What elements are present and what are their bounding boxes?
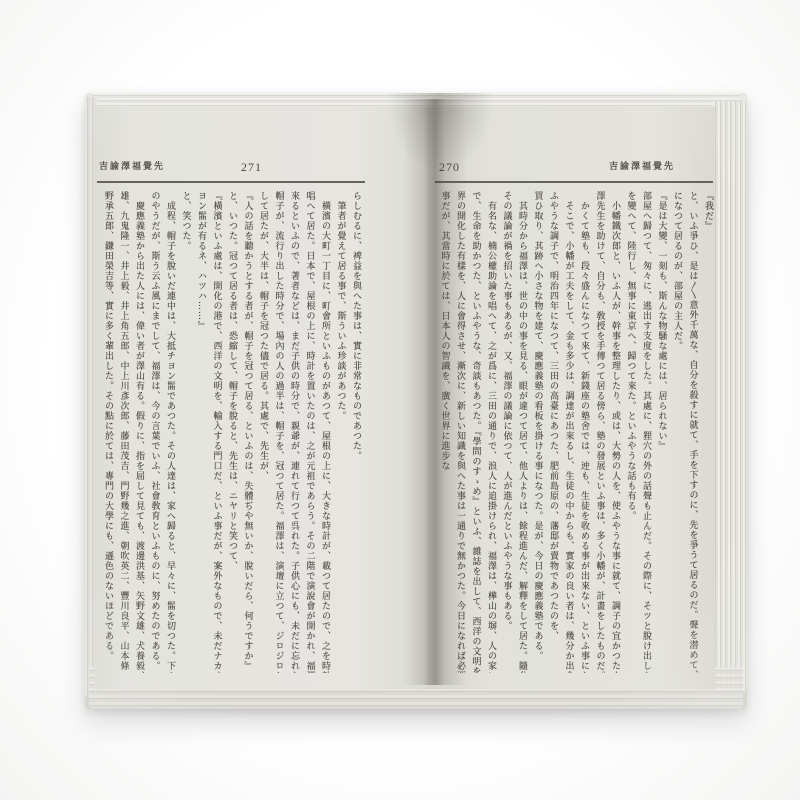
- page-text-271: らしむるに、裨益を與へた事は、實に非常なものであつた。 筆者が覺えて居る事で、斯…: [97, 191, 363, 673]
- text-column: らしむるに、裨益を與へた事は、實に非常なものであつた。: [348, 191, 364, 673]
- gutter-curve-shadow: [385, 93, 495, 173]
- text-column: 雄、九鬼隆一、井上毅、井上角五郎、中上川彥次郎、藤田茂吉、門野幾之進、朝吹英二、…: [115, 191, 131, 673]
- text-column: 部屋へ歸つて、匆々に、逃出す支度をした。其處に、狸穴の外の話聲も止んだ。その際に…: [638, 191, 654, 673]
- text-column: 唱へて居た。日本で、屋根の上に、時計を置いたのは、之が元祖であらう。その二階で演…: [301, 191, 317, 673]
- text-column: と、いふ爭ひ、是は〱意外千萬な、自分を殺すに就て、手を下すのに、先を爭うて居るの…: [684, 191, 700, 673]
- open-book: 吉諭澤福覺先 271 らしむるに、裨益を與へた事は、實に非常なものであつた。 筆…: [85, 93, 747, 709]
- book-photo: 吉諭澤福覺先 271 らしむるに、裨益を與へた事は、實に非常なものであつた。 筆…: [0, 0, 800, 800]
- text-column: 『橫濱といふ處は、開化の港で、西洋の文明を、輸入する門口だ、といふ事だが、案外な…: [208, 191, 224, 673]
- text-column: して居たが、大半は、帽子を冠つた儘で居る。其處で、先生が、: [255, 191, 271, 673]
- text-column: 慶應義塾から出た人には、偉い者が澤山有る。假りに、指を屈して見ても、渡邊洪基、矢…: [131, 191, 147, 673]
- text-column: と、いつた。冠つて居る者は、恐縮して、帽子を脫ると、先生は、ニヤリと笑つて、: [224, 191, 240, 673]
- text-column: のやうだが、斯う云ふ風にまでして、福澤は、今の言葉でいふ、社會敎育といふものに、…: [146, 191, 162, 673]
- text-column: 『我だ』: [700, 191, 716, 673]
- text-column: そこで、小幡が工夫をして、金も多少は、調達が出來るし、生徒の中からも、實家の良い…: [560, 191, 576, 673]
- page-text-270: 『我だ』と、いふ爭ひ、是は〱意外千萬な、自分を殺すに就て、手を下すのに、先を爭う…: [433, 191, 715, 673]
- text-column: 橫濱の大町一丁目に、町會所といふものがあつて、屋根の上に、大きな時計が、載つて居…: [317, 191, 333, 673]
- text-column: かくて塾も、段々盛んになつて來て、新錢座の塾舍では、迚も、生徒を收める事が出來な…: [576, 191, 592, 673]
- text-column: で、生命を助かつた、といふやうな、奇談もあつた。『學問のすゝめ』といふ、雜誌を出…: [467, 191, 483, 673]
- page-header: 吉諭澤福覺先 271: [95, 159, 427, 175]
- text-column: 筆者が覺えて居る事で、斯ういふ珍談があつた。: [332, 191, 348, 673]
- text-column: 野承五郎、鎌田榮吉等、實に多く輩出した。その點に於ては、專門の大學にも、遜色のな…: [100, 191, 116, 673]
- text-column: 帽子が、流行り出した時分で、場內の人の過半は、帽子を、冠つて居た。福澤は、演壇に…: [270, 191, 286, 673]
- header-rule: [97, 181, 365, 183]
- text-column: ふやうな調子で、明治四年になつて、三田の高臺にあつた、肥前島原の、藩邸が賣物であ…: [545, 191, 561, 673]
- page-270: 270 吉諭澤福覺先 『我だ』と、いふ爭ひ、是は〱意外千萬な、自分を殺すに就て、…: [427, 107, 715, 689]
- text-column: 小幡鐵次郎と、いふ人が、幹事を整理したり、或は、大勢の人を、使ふやうな事に就て、…: [607, 191, 623, 673]
- running-title: 吉諭澤福覺先: [99, 159, 165, 172]
- running-title: 吉諭澤福覺先: [609, 159, 675, 172]
- text-column: 其時分から福澤は、世の中の事を見る、眼が違つて居て、他人よりは、餘程進んだ、解釋…: [514, 191, 530, 673]
- text-column: を變へて、陸行し、無事に東京へ、歸つて來た。といふやうな話も有る。: [622, 191, 638, 673]
- page-271: 吉諭澤福覺先 271 らしむるに、裨益を與へた事は、實に非常なものであつた。 筆…: [95, 107, 427, 689]
- text-column: 『人の話を聽かうとする者が、帽子を冠つて居る、といふのは、失體ぢや無いか、脫いだ…: [239, 191, 255, 673]
- page-stack-edge-right: [713, 101, 747, 691]
- text-column: 成程、帽子を脫いだ連中は、大抵チヨン髷であつた。その人達は、家へ歸ると、早々に、…: [162, 191, 178, 673]
- page-number: 271: [241, 160, 262, 175]
- text-column: になつて居るのが、部屋の主人だ。: [669, 191, 685, 673]
- text-column: 買ひ取り、其跡へ小さな物を建て、慶應義塾の看板を掛ける事になつた。是が、今日の慶…: [529, 191, 545, 673]
- text-column: ヨン髷が有るネ、ハツハ……』: [193, 191, 209, 673]
- text-column: 來るといふので、著者などは、まだ子供の時分で、親爺が、連れて行つて呉れた。子供心…: [286, 191, 302, 673]
- gutter-shadow: [403, 99, 467, 685]
- text-column: 『是は大變、一刻も、斯んな物騷な處には、居られない』: [653, 191, 669, 673]
- text-column: 有名な、楠公權助論を唱へて、之が爲に、三田の通りで、浪人に追掛けられ、福澤は、樺…: [483, 191, 499, 673]
- text-column: と、笑つた。: [177, 191, 193, 673]
- text-column: 澤先生を助けて、自分も、敎授を手傳つて居る傍ら、塾の發展といふ事は、多く小幡が、…: [591, 191, 607, 673]
- header-rule: [435, 181, 713, 183]
- text-column: その議論が禍を招いた事もあるが、又、福澤の議論に依つて、人が進んだといふやうな事…: [498, 191, 514, 673]
